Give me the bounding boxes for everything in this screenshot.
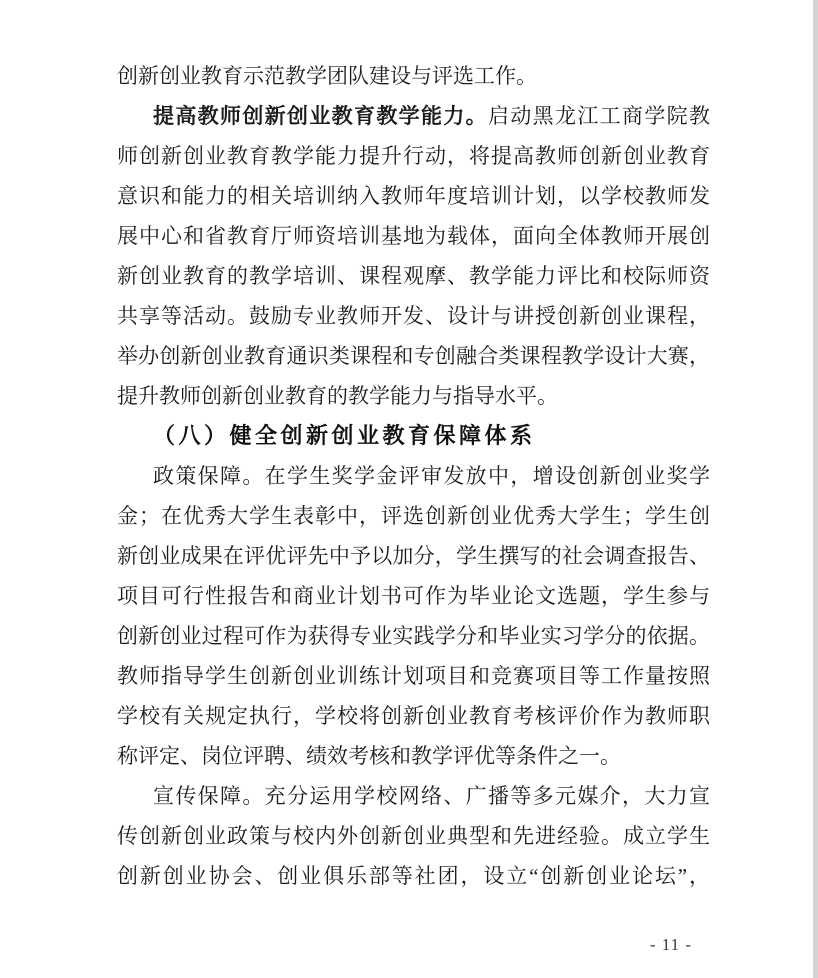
- body-text-run: 启动黑龙江工商学院教: [488, 104, 710, 128]
- body-line: 学校有关规定执行，学校将创新创业教育考核评价作为教师职: [117, 696, 710, 736]
- body-line: 传创新创业政策与校内外创新创业典型和先进经验。成立学生: [117, 816, 710, 856]
- body-line: 提升教师创新创业教育的教学能力与指导水平。: [117, 376, 710, 416]
- body-line: 展中心和省教育厅师资培训基地为载体，面向全体教师开展创: [117, 216, 710, 256]
- body-line: 政策保障。在学生奖学金评审发放中，增设创新创业奖学: [117, 456, 710, 496]
- section-heading: （八）健全创新创业教育保障体系: [117, 416, 710, 456]
- body-line: 新创业成果在评优评先中予以加分，学生撰写的社会调查报告、: [117, 536, 710, 576]
- body-line: 金；在优秀大学生表彰中，评选创新创业优秀大学生；学生创: [117, 496, 710, 536]
- page-right-edge-strip: [813, 0, 818, 978]
- body-line: 共享等活动。鼓励专业教师开发、设计与讲授创新创业课程，: [117, 296, 710, 336]
- body-line: 项目可行性报告和商业计划书可作为毕业论文选题，学生参与: [117, 576, 710, 616]
- body-line: 称评定、岗位评聘、绩效考核和教学评优等条件之一。: [117, 736, 710, 776]
- document-text-block: 创新创业教育示范教学团队建设与评选工作。 提高教师创新创业教育教学能力。启动黑龙…: [117, 56, 710, 896]
- body-line: 教师指导学生创新创业训练计划项目和竞赛项目等工作量按照: [117, 656, 710, 696]
- bold-sentence-run: 提高教师创新创业教育教学能力。: [153, 104, 488, 128]
- document-page: 创新创业教育示范教学团队建设与评选工作。 提高教师创新创业教育教学能力。启动黑龙…: [0, 0, 818, 978]
- body-line: 师创新创业教育教学能力提升行动，将提高教师创新创业教育: [117, 136, 710, 176]
- body-line: 创新创业过程可作为获得专业实践学分和毕业实习学分的依据。: [117, 616, 710, 656]
- body-line: 创新创业教育示范教学团队建设与评选工作。: [117, 56, 710, 96]
- body-line: 创新创业协会、创业俱乐部等社团，设立“创新创业论坛”，: [117, 856, 710, 896]
- page-number: - 11 -: [628, 932, 714, 958]
- body-line: 举办创新创业教育通识类课程和专创融合类课程教学设计大赛，: [117, 336, 710, 376]
- body-line: 宣传保障。充分运用学校网络、广播等多元媒介，大力宣: [117, 776, 710, 816]
- body-line: 新创业教育的教学培训、课程观摩、教学能力评比和校际师资: [117, 256, 710, 296]
- body-line: 提高教师创新创业教育教学能力。启动黑龙江工商学院教: [117, 96, 710, 136]
- body-line: 意识和能力的相关培训纳入教师年度培训计划，以学校教师发: [117, 176, 710, 216]
